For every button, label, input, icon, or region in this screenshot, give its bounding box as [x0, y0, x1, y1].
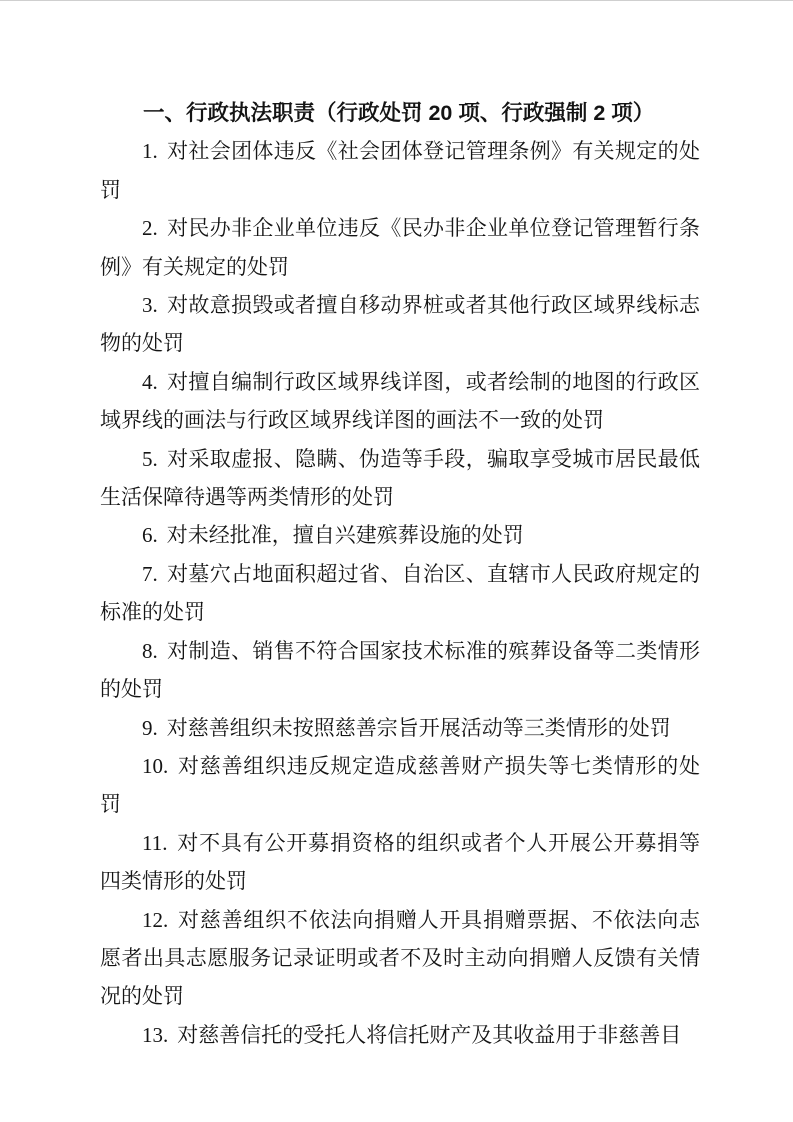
list-item: 2.对民办非企业单位违反《民办非企业单位登记管理暂行条例》有关规定的处罚 — [100, 209, 700, 286]
item-text: 对慈善组织违反规定造成慈善财产损失等七类情形的处罚 — [100, 754, 700, 816]
list-item: 12.对慈善组织不依法向捐赠人开具捐赠票据、不依法向志愿者出具志愿服务记录证明或… — [100, 901, 700, 1016]
list-item: 6.对未经批准，擅自兴建殡葬设施的处罚 — [100, 516, 700, 554]
item-number: 1. — [142, 139, 158, 163]
list-item: 4.对擅自编制行政区域界线详图，或者绘制的地图的行政区域界线的画法与行政区域界线… — [100, 363, 700, 440]
item-text: 对社会团体违反《社会团体登记管理条例》有关规定的处罚 — [100, 139, 700, 201]
item-number: 7. — [142, 562, 158, 586]
item-text: 对墓穴占地面积超过省、自治区、直辖市人民政府规定的标准的处罚 — [100, 562, 700, 624]
item-number: 4. — [142, 370, 158, 394]
list-item: 9.对慈善组织未按照慈善宗旨开展活动等三类情形的处罚 — [100, 709, 700, 747]
list-item: 13.对慈善信托的受托人将信托财产及其收益用于非慈善目 — [100, 1016, 700, 1054]
item-text: 对慈善组织不依法向捐赠人开具捐赠票据、不依法向志愿者出具志愿服务记录证明或者不及… — [100, 908, 700, 1009]
item-text: 对慈善信托的受托人将信托财产及其收益用于非慈善目 — [177, 1023, 681, 1047]
document-page: 一、行政执法职责（行政处罚 20 项、行政强制 2 项） 1.对社会团体违反《社… — [0, 0, 793, 1122]
document-content: 一、行政执法职责（行政处罚 20 项、行政强制 2 项） 1.对社会团体违反《社… — [100, 94, 700, 1054]
top-edge-line — [0, 0, 793, 1]
list-item: 11.对不具有公开募捐资格的组织或者个人开展公开募捐等四类情形的处罚 — [100, 824, 700, 901]
item-number: 11. — [142, 831, 167, 855]
item-number: 5. — [142, 447, 158, 471]
list-item: 8.对制造、销售不符合国家技术标准的殡葬设备等二类情形的处罚 — [100, 632, 700, 709]
item-number: 12. — [142, 908, 168, 932]
item-number: 3. — [142, 293, 158, 317]
item-text: 对不具有公开募捐资格的组织或者个人开展公开募捐等四类情形的处罚 — [100, 831, 700, 893]
item-number: 13. — [142, 1023, 168, 1047]
item-number: 10. — [142, 754, 168, 778]
item-number: 2. — [142, 216, 158, 240]
item-number: 6. — [142, 523, 158, 547]
item-text: 对未经批准，擅自兴建殡葬设施的处罚 — [167, 523, 524, 547]
list-item: 5.对采取虚报、隐瞒、伪造等手段，骗取享受城市居民最低生活保障待遇等两类情形的处… — [100, 440, 700, 517]
item-text: 对采取虚报、隐瞒、伪造等手段，骗取享受城市居民最低生活保障待遇等两类情形的处罚 — [100, 447, 700, 509]
section-heading: 一、行政执法职责（行政处罚 20 项、行政强制 2 项） — [100, 94, 700, 132]
item-text: 对制造、销售不符合国家技术标准的殡葬设备等二类情形的处罚 — [100, 639, 700, 701]
item-number: 9. — [142, 716, 158, 740]
item-text: 对慈善组织未按照慈善宗旨开展活动等三类情形的处罚 — [167, 716, 671, 740]
item-text: 对擅自编制行政区域界线详图，或者绘制的地图的行政区域界线的画法与行政区域界线详图… — [100, 370, 700, 432]
list-item: 3.对故意损毁或者擅自移动界桩或者其他行政区域界线标志物的处罚 — [100, 286, 700, 363]
list-item: 10.对慈善组织违反规定造成慈善财产损失等七类情形的处罚 — [100, 747, 700, 824]
list-item: 1.对社会团体违反《社会团体登记管理条例》有关规定的处罚 — [100, 132, 700, 209]
item-text: 对故意损毁或者擅自移动界桩或者其他行政区域界线标志物的处罚 — [100, 293, 700, 355]
item-text: 对民办非企业单位违反《民办非企业单位登记管理暂行条例》有关规定的处罚 — [100, 216, 700, 278]
list-item: 7.对墓穴占地面积超过省、自治区、直辖市人民政府规定的标准的处罚 — [100, 555, 700, 632]
item-number: 8. — [142, 639, 158, 663]
